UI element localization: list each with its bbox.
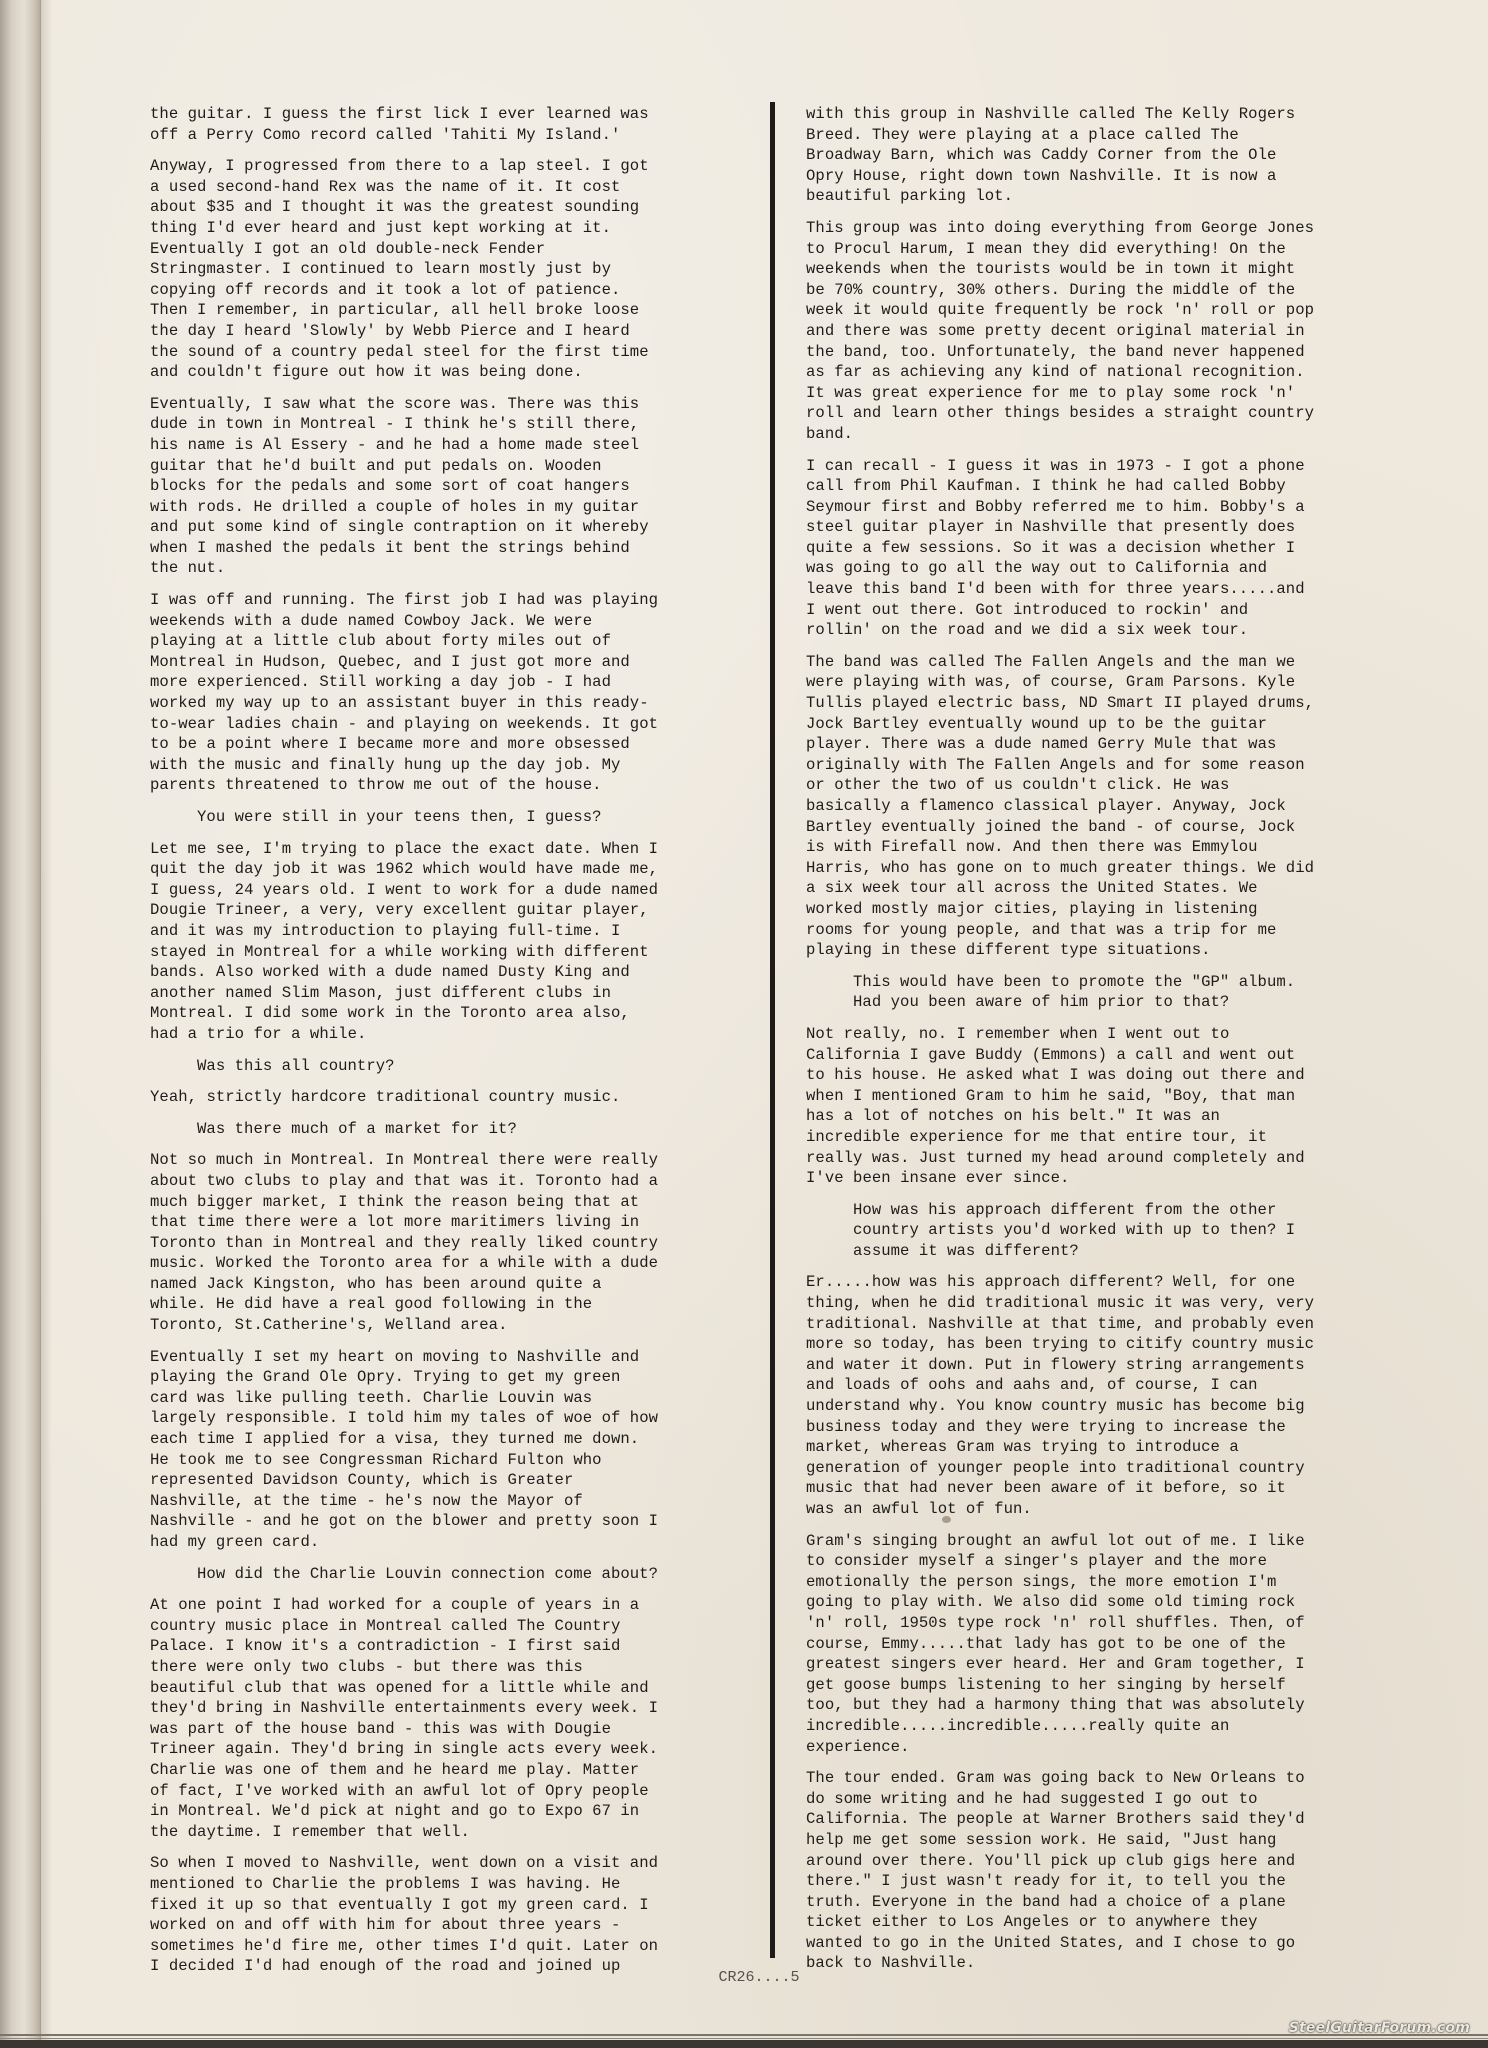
interview-answer-paragraph: the guitar. I guess the first lick I eve… (150, 104, 750, 145)
page-bottom-rule (0, 2034, 1488, 2036)
site-watermark: SteelGuitarForum.com (1289, 2020, 1470, 2036)
binding-spine (0, 0, 41, 2040)
interview-answer-paragraph: At one point I had worked for a couple o… (150, 1595, 750, 1842)
interview-answer-paragraph: I was off and running. The first job I h… (150, 590, 750, 796)
interviewer-question: Was there much of a market for it? (150, 1119, 750, 1140)
interviewer-question: How was his approach different from the … (806, 1200, 1406, 1262)
right-text-column: with this group in Nashville called The … (806, 104, 1406, 1985)
interview-answer-paragraph: Let me see, I'm trying to place the exac… (150, 839, 750, 1045)
interview-answer-paragraph: Not really, no. I remember when I went o… (806, 1024, 1406, 1189)
left-text-column: the guitar. I guess the first lick I eve… (150, 104, 750, 1988)
interview-answer-paragraph: The tour ended. Gram was going back to N… (806, 1768, 1406, 1974)
page-footer-number: CR26....5 (0, 1969, 1488, 1986)
interview-answer-paragraph: Anyway, I progressed from there to a lap… (150, 156, 750, 383)
interview-answer-paragraph: Not so much in Montreal. In Montreal the… (150, 1150, 750, 1335)
interview-answer-paragraph: This group was into doing everything fro… (806, 218, 1406, 445)
interview-answer-paragraph: Gram's singing brought an awful lot out … (806, 1531, 1406, 1758)
interview-answer-paragraph: The band was called The Fallen Angels an… (806, 652, 1406, 961)
spine-shadow (40, 0, 52, 2040)
interviewer-question: You were still in your teens then, I gue… (150, 807, 750, 828)
interview-answer-paragraph: with this group in Nashville called The … (806, 104, 1406, 207)
interviewer-question: How did the Charlie Louvin connection co… (150, 1564, 750, 1585)
interview-answer-paragraph: Yeah, strictly hardcore traditional coun… (150, 1087, 750, 1108)
page-bottom-rule-secondary (0, 2038, 1488, 2039)
interview-answer-paragraph: Eventually, I saw what the score was. Th… (150, 394, 750, 579)
column-divider (770, 102, 775, 1958)
interview-answer-paragraph: I can recall - I guess it was in 1973 - … (806, 456, 1406, 641)
interview-answer-paragraph: Eventually I set my heart on moving to N… (150, 1347, 750, 1553)
interviewer-question: Was this all country? (150, 1056, 750, 1077)
interview-answer-paragraph: Er.....how was his approach different? W… (806, 1272, 1406, 1519)
paper-stain (942, 1516, 951, 1523)
document-page: the guitar. I guess the first lick I eve… (0, 0, 1488, 2040)
interview-answer-paragraph: So when I moved to Nashville, went down … (150, 1853, 750, 1977)
interviewer-question: This would have been to promote the "GP"… (806, 972, 1406, 1013)
